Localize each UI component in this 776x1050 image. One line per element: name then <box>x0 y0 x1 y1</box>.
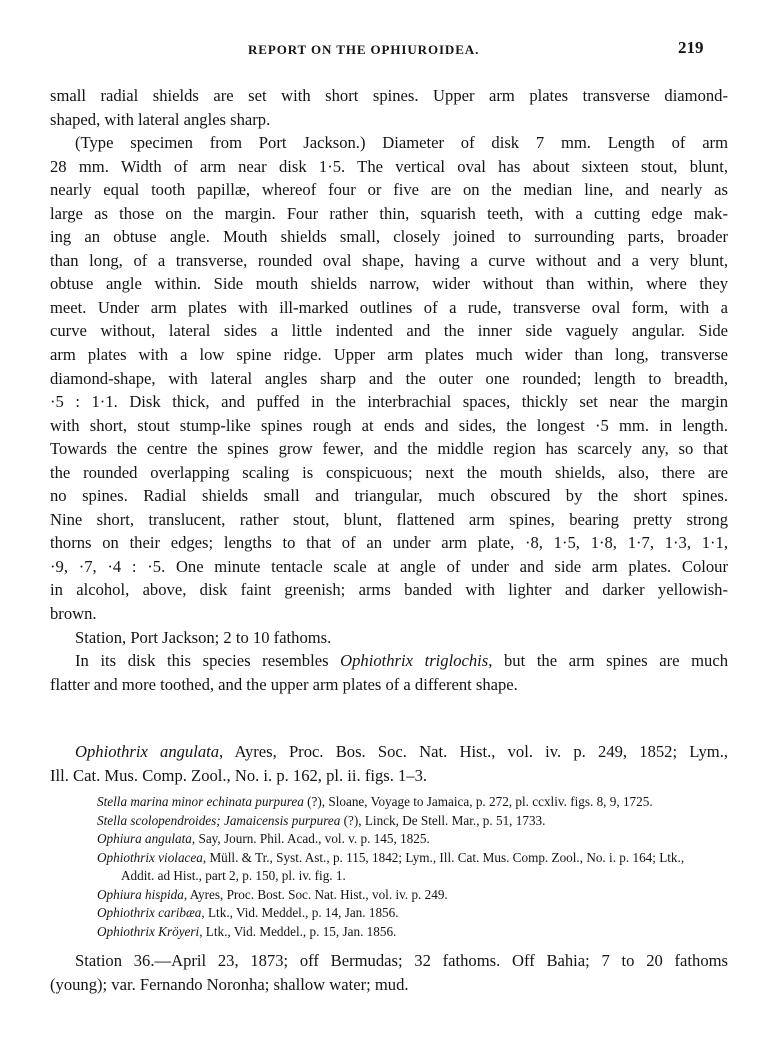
synonym-entry: Ophiothrix caribæa, Ltk., Vid. Meddel., … <box>97 904 717 923</box>
text-line: Ill. Cat. Mus. Comp. Zool., No. i. p. 16… <box>50 764 728 788</box>
text-line: Towards the centre the spines grow fewer… <box>50 437 728 461</box>
station-paragraph: Station, Port Jackson; 2 to 10 fathoms. <box>50 626 728 650</box>
species-name: Ophiothrix angulata <box>75 742 219 761</box>
synonymy-list: Stella marina minor echinata purpurea (?… <box>97 793 717 941</box>
running-title: REPORT ON THE OPHIUROIDEA. <box>248 42 479 58</box>
text-line: shaped, with lateral angles sharp. <box>50 108 728 132</box>
text-line: large as those on the margin. Four rathe… <box>50 202 728 226</box>
text-line: with short, stout stump-like spines roug… <box>50 414 728 438</box>
text-line: Station 36.—April 23, 1873; off Bermudas… <box>50 949 728 973</box>
page-body: small radial shields are set with short … <box>50 84 728 997</box>
text-line: In its disk this species resembles Ophio… <box>50 649 728 673</box>
text-line: ·5 : 1·1. Disk thick, and puffed in the … <box>50 390 728 414</box>
synonym-entry: Stella marina minor echinata purpurea (?… <box>97 793 717 812</box>
text-line: small radial shields are set with short … <box>50 84 728 108</box>
text-line: meet. Under arm plates with ill-marked o… <box>50 296 728 320</box>
text-line: Nine short, translucent, rather stout, b… <box>50 508 728 532</box>
synonym-entry: Ophiothrix Kröyeri, Ltk., Vid. Meddel., … <box>97 923 717 942</box>
type-specimen-paragraph: (Type specimen from Port Jackson.) Diame… <box>50 131 728 625</box>
synonym-entry: Ophiothrix violacea, Müll. & Tr., Syst. … <box>97 849 717 886</box>
text-line: ·9, ·7, ·4 : ·5. One minute tentacle sca… <box>50 555 728 579</box>
text-line: (Type specimen from Port Jackson.) Diame… <box>50 131 728 155</box>
text-line: ing an obtuse angle. Mouth shields small… <box>50 225 728 249</box>
text-line: (young); var. Fernando Noronha; shallow … <box>50 973 728 997</box>
page-number: 219 <box>678 38 704 58</box>
text-line: Ophiothrix angulata, Ayres, Proc. Bos. S… <box>50 740 728 764</box>
text-line: obtuse angle within. Side mouth shields … <box>50 272 728 296</box>
station-text: Station, Port Jackson; 2 to 10 fathoms. <box>50 626 728 650</box>
species-station: Station 36.—April 23, 1873; off Bermudas… <box>50 949 728 997</box>
text-line: curve without, lateral sides a little in… <box>50 319 728 343</box>
page-header: REPORT ON THE OPHIUROIDEA. 219 <box>0 36 776 60</box>
text-line: in alcohol, above, disk faint greenish; … <box>50 578 728 602</box>
text-line: no spines. Radial shields small and tria… <box>50 484 728 508</box>
text-line: the rounded overlapping scaling is consp… <box>50 461 728 485</box>
comparison-paragraph: In its disk this species resembles Ophio… <box>50 649 728 696</box>
text-line: 28 mm. Width of arm near disk 1·5. The v… <box>50 155 728 179</box>
text-line: than long, of a transverse, rounded oval… <box>50 249 728 273</box>
species-name: Ophiothrix triglochis <box>340 651 488 670</box>
section-gap <box>50 696 728 740</box>
text-line: brown. <box>50 602 728 626</box>
text-line: nearly equal tooth papillæ, whereof four… <box>50 178 728 202</box>
synonym-entry: Ophiura angulata, Say, Journ. Phil. Acad… <box>97 830 717 849</box>
text-line: arm plates with a low spine ridge. Upper… <box>50 343 728 367</box>
text-line: flatter and more toothed, and the upper … <box>50 673 728 697</box>
synonym-entry: Ophiura hispida, Ayres, Proc. Bost. Soc.… <box>97 886 717 905</box>
description-continuation: small radial shields are set with short … <box>50 84 728 131</box>
text-line: thorns on their edges; lengths to that o… <box>50 531 728 555</box>
species-heading: Ophiothrix angulata, Ayres, Proc. Bos. S… <box>50 740 728 787</box>
synonym-entry: Stella scolopendroides; Jamaicensis purp… <box>97 812 717 831</box>
text-line: diamond-shape, with lateral angles sharp… <box>50 367 728 391</box>
